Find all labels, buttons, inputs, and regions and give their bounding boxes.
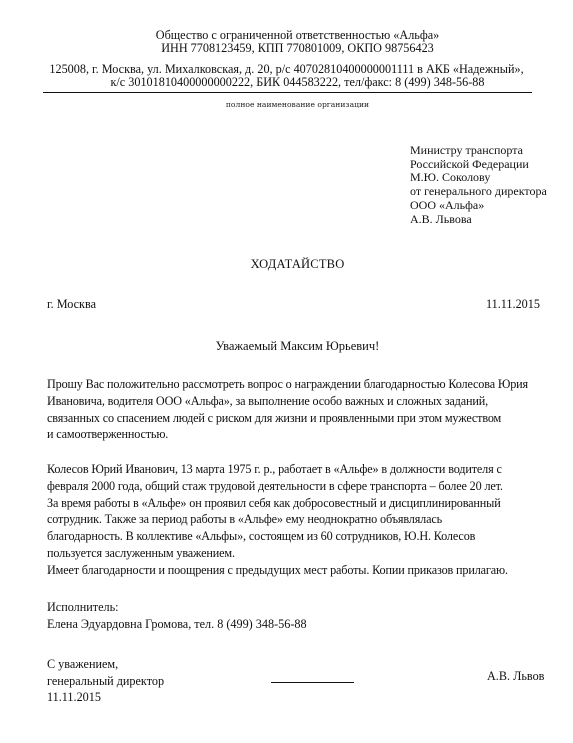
signature-block: С уважением, генеральный директор 11.11.… bbox=[47, 656, 164, 706]
paragraph-attachments: Имеет благодарности и поощрения с предыд… bbox=[47, 562, 552, 579]
paragraph-line: пользуется заслуженным уважением. bbox=[47, 545, 552, 562]
executor-label: Исполнитель: bbox=[47, 599, 307, 616]
signature-line bbox=[271, 682, 354, 683]
organization-address-line-1: 125008, г. Москва, ул. Михалковская, д. … bbox=[0, 62, 573, 76]
organization-ids: ИНН 7708123459, КПП 770801009, ОКПО 9875… bbox=[0, 41, 573, 55]
paragraph-line: Имеет благодарности и поощрения с предыд… bbox=[47, 562, 552, 579]
paragraph-line: За время работы в «Альфе» он проявил себ… bbox=[47, 495, 552, 512]
document-title: ХОДАТАЙСТВО bbox=[0, 257, 573, 272]
organization-name: Общество с ограниченной ответственностью… bbox=[0, 28, 573, 42]
letterhead-divider bbox=[43, 92, 532, 93]
addressee-line: М.Ю. Соколову bbox=[410, 171, 547, 185]
addressee-line: Министру транспорта bbox=[410, 144, 547, 158]
paragraph-line: Колесов Юрий Иванович, 13 марта 1975 г. … bbox=[47, 461, 552, 478]
signer-name: А.В. Львов bbox=[487, 669, 544, 684]
paragraph-line: связанных со спасением людей с риском дл… bbox=[47, 410, 552, 427]
letterhead-caption: полное наименование организации bbox=[0, 100, 573, 110]
addressee-line: Российской Федерации bbox=[410, 158, 547, 172]
signature-date: 11.11.2015 bbox=[47, 689, 164, 706]
addressee-line: ООО «Альфа» bbox=[410, 199, 547, 213]
document-city: г. Москва bbox=[47, 297, 96, 312]
paragraph-line: и самоотверженностью. bbox=[47, 426, 552, 443]
executor-block: Исполнитель: Елена Эдуардовна Громова, т… bbox=[47, 599, 307, 632]
paragraph-line: сотрудник. Также за период работы в «Аль… bbox=[47, 511, 552, 528]
addressee-line: от генерального директора bbox=[410, 185, 547, 199]
document-date: 11.11.2015 bbox=[486, 297, 540, 312]
executor-contact: Елена Эдуардовна Громова, тел. 8 (499) 3… bbox=[47, 616, 307, 633]
paragraph-line: февраля 2000 года, общий стаж трудовой д… bbox=[47, 478, 552, 495]
paragraph-line: Ивановича, водителя ООО «Альфа», за выпо… bbox=[47, 393, 552, 410]
paragraph-line: благодарность. В коллективе «Альфы», сос… bbox=[47, 528, 552, 545]
paragraph-request: Прошу Вас положительно рассмотреть вопро… bbox=[47, 376, 552, 443]
paragraph-characteristics: Колесов Юрий Иванович, 13 марта 1975 г. … bbox=[47, 461, 552, 562]
addressee-block: Министру транспорта Российской Федерации… bbox=[410, 144, 547, 226]
addressee-line: А.В. Львова bbox=[410, 213, 547, 227]
salutation: Уважаемый Максим Юрьевич! bbox=[0, 339, 573, 354]
paragraph-line: Прошу Вас положительно рассмотреть вопро… bbox=[47, 376, 552, 393]
signer-position: генеральный директор bbox=[47, 673, 164, 690]
regards-text: С уважением, bbox=[47, 656, 164, 673]
organization-address-line-2: к/с 30101810400000000222, БИК 044583222,… bbox=[0, 75, 573, 89]
